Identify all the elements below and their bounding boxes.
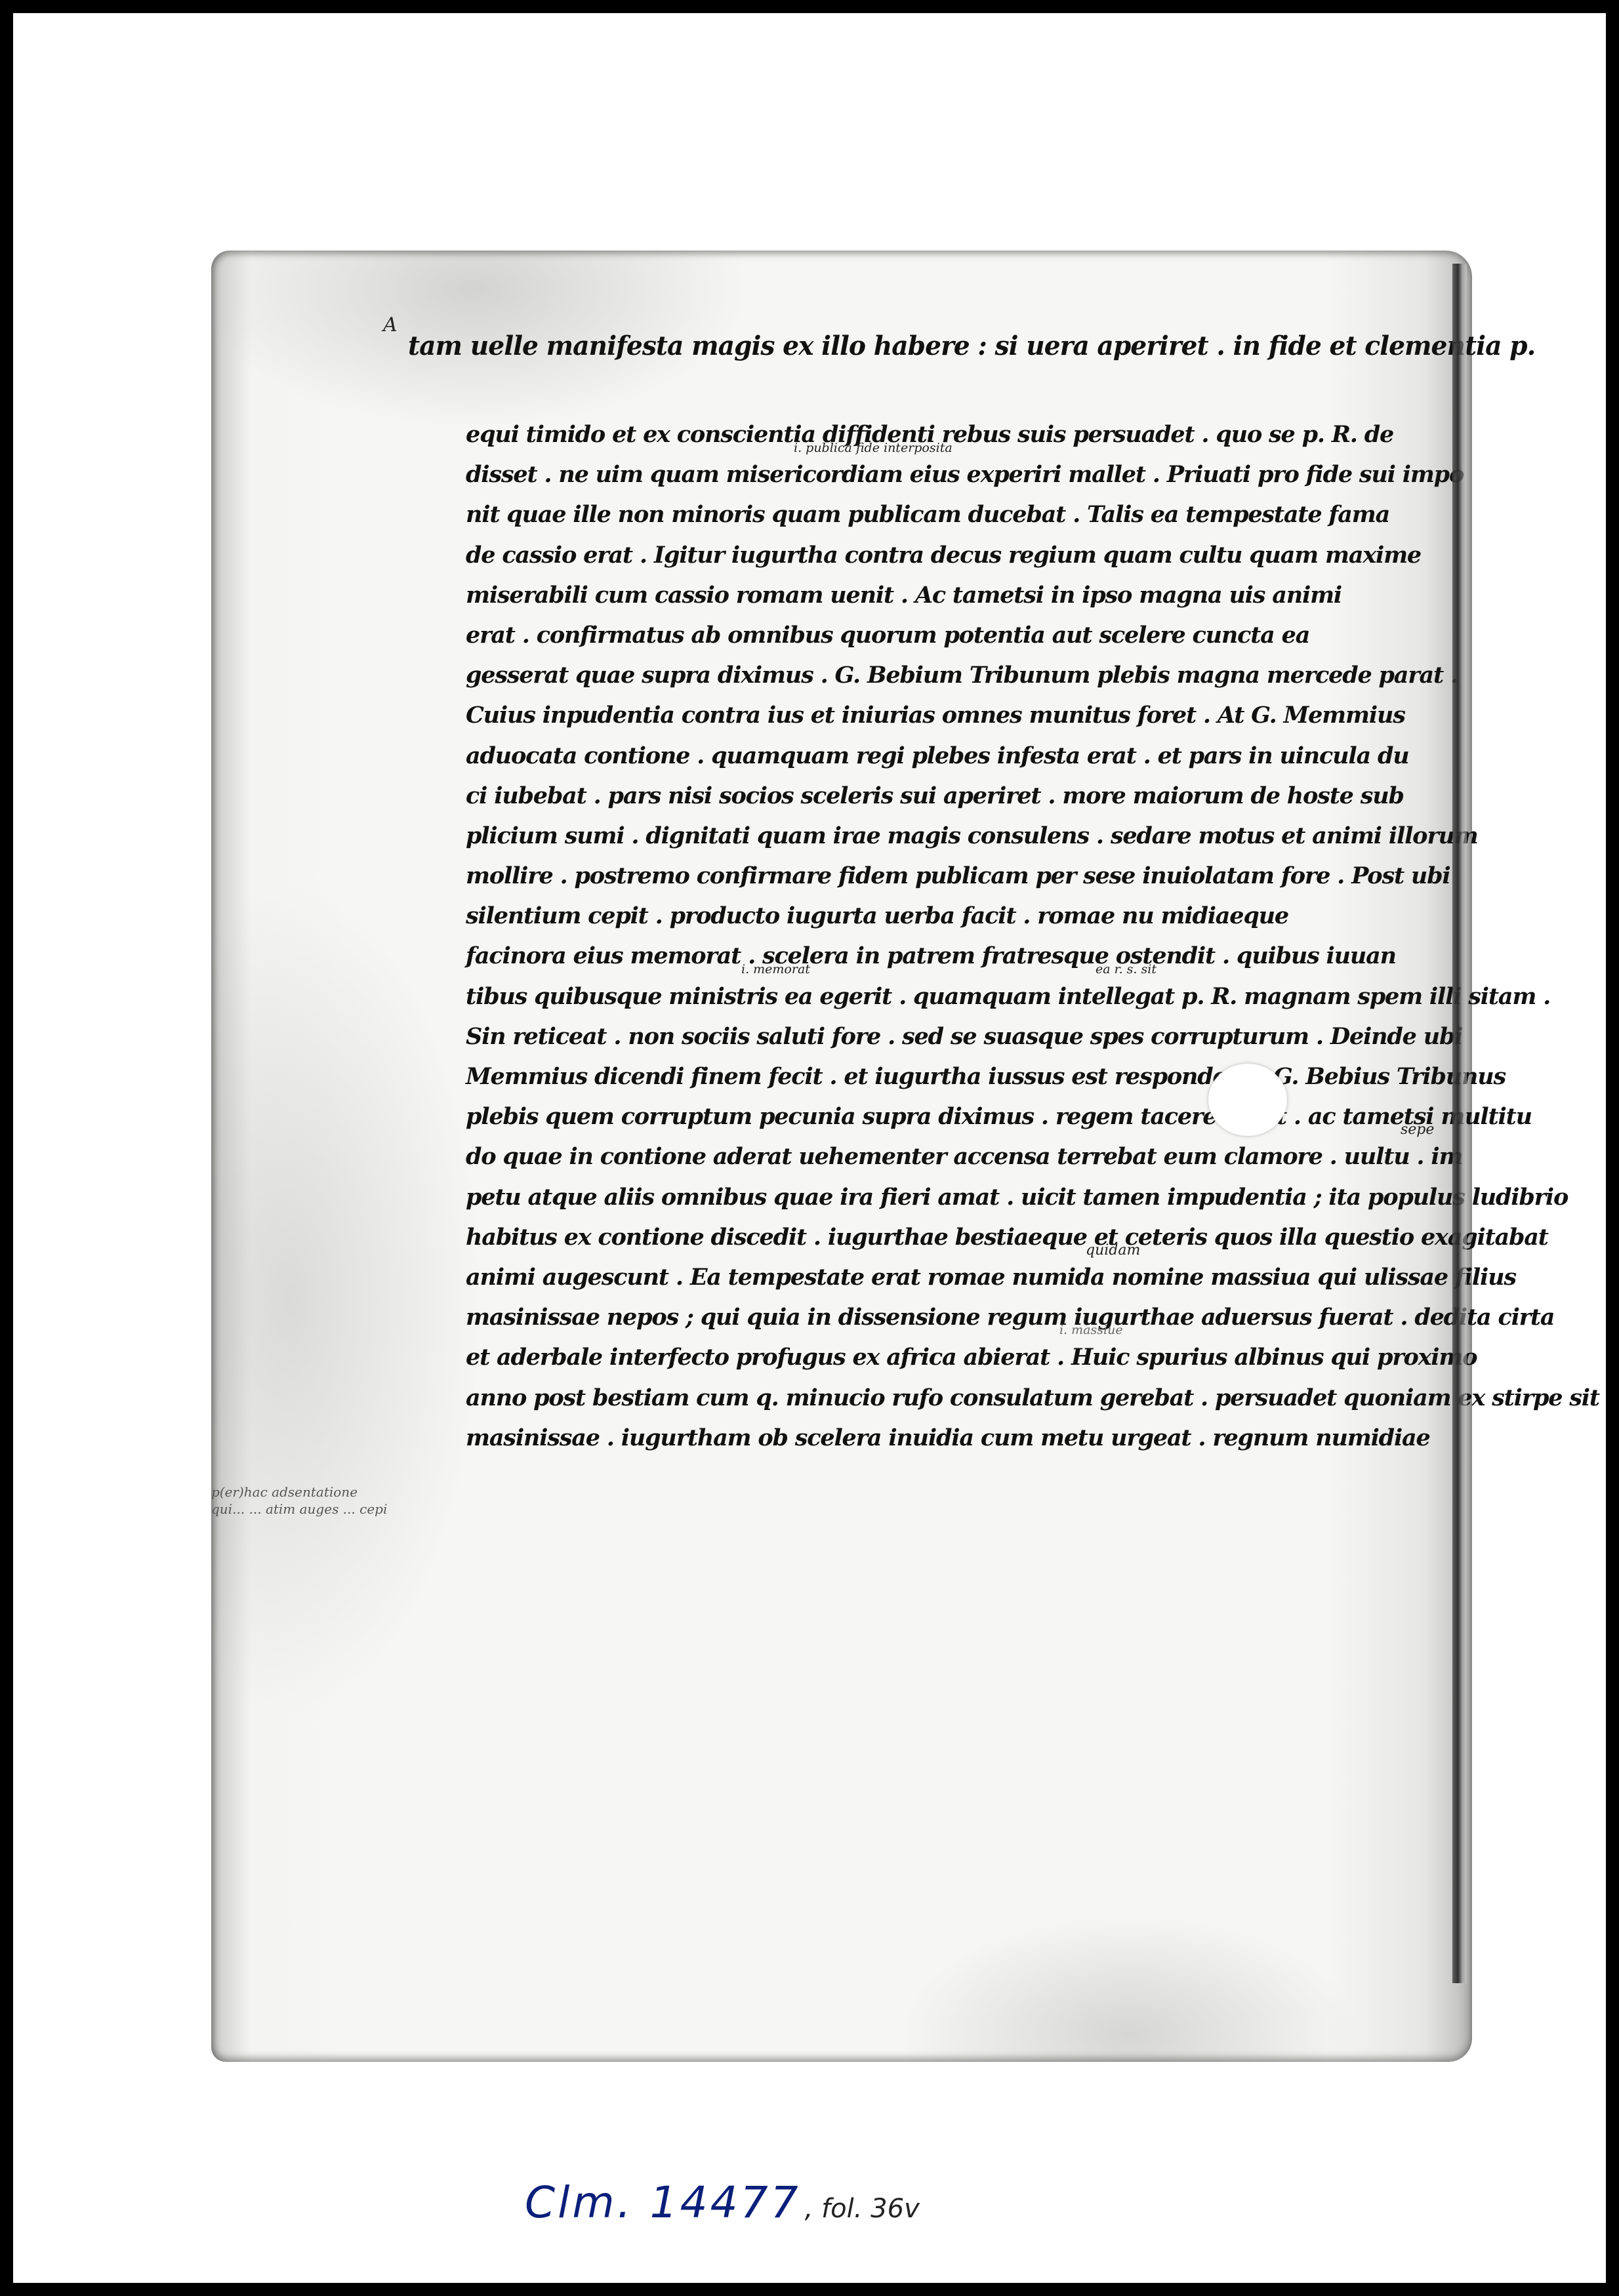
- parchment-hole: [1208, 1064, 1287, 1136]
- interlinear-gloss: i. massiue: [1059, 1323, 1123, 1337]
- text-line: et aderbale interfecto profugus ex afric…: [466, 1337, 1463, 1377]
- text-line: ci iubebat . pars nisi socios sceleris s…: [466, 776, 1463, 816]
- text-line: habitus ex contione discedit . iugurthae…: [466, 1217, 1463, 1257]
- manuscript-leaf: A tam uelle manifesta magis ex illo habe…: [211, 251, 1472, 2062]
- shelfmark-annotation: Clm. 14477, fol. 36v: [525, 2177, 920, 2228]
- text-line: aduocata contione . quamquam regi plebes…: [466, 736, 1463, 776]
- text-line: Cuius inpudentia contra ius et iniurias …: [466, 695, 1463, 735]
- text-line: plicium sumi . dignitati quam irae magis…: [466, 816, 1463, 856]
- shelfmark-label: Clm. 14477: [525, 2177, 801, 2228]
- text-line: mollire . postremo confirmare fidem publ…: [466, 856, 1463, 896]
- text-line: do quae in contione aderat uehementer ac…: [466, 1137, 1463, 1177]
- photocopy-sheet: A tam uelle manifesta magis ex illo habe…: [13, 13, 1606, 2283]
- text-line: equi timido et ex conscientia diffidenti…: [466, 414, 1463, 454]
- interlinear-gloss: ea r. s. sit: [1096, 962, 1157, 977]
- folio-number: , fol. 36v: [805, 2194, 920, 2224]
- manuscript-first-line: tam uelle manifesta magis ex illo habere…: [408, 331, 1535, 361]
- text-line: disset . ne uim quam misericordiam eius …: [466, 454, 1463, 494]
- interlinear-gloss: i. publica fide interposita: [794, 441, 953, 455]
- text-line: masinissae . iugurtham ob scelera inuidi…: [466, 1418, 1463, 1458]
- text-line: miserabili cum cassio romam uenit . Ac t…: [466, 575, 1463, 615]
- text-line: tibus quibusque ministris ea egerit . qu…: [466, 977, 1463, 1017]
- interlinear-gloss: sepe: [1401, 1121, 1434, 1138]
- text-line: petu atque aliis omnibus quae ira fieri …: [466, 1177, 1463, 1217]
- interlinear-gloss: i. memorat: [741, 962, 810, 977]
- text-line: masinissae nepos ; qui quia in dissensio…: [466, 1297, 1463, 1337]
- text-line: plebis quem corruptum pecunia supra dixi…: [466, 1097, 1463, 1137]
- text-line: de cassio erat . Igitur iugurtha contra …: [466, 535, 1463, 575]
- manuscript-text-block: equi timido et ex conscientia diffidenti…: [466, 414, 1463, 1458]
- text-line: anno post bestiam cum q. minucio rufo co…: [466, 1378, 1463, 1418]
- margin-note: p(er)hac adsentatione qui... ... atim au…: [211, 1483, 395, 1518]
- text-line: Sin reticeat . non sociis saluti fore . …: [466, 1017, 1463, 1057]
- text-line: gesserat quae supra diximus . G. Bebium …: [466, 655, 1463, 695]
- section-mark: A: [383, 313, 398, 336]
- text-line: nit quae ille non minoris quam publicam …: [466, 494, 1463, 534]
- text-line: Memmius dicendi finem fecit . et iugurth…: [466, 1057, 1463, 1097]
- interlinear-gloss: quidam: [1086, 1242, 1140, 1259]
- text-line: animi augescunt . Ea tempestate erat rom…: [466, 1257, 1463, 1297]
- text-line: facinora eius memorat . scelera in patre…: [466, 936, 1463, 976]
- text-line: erat . confirmatus ab omnibus quorum pot…: [466, 615, 1463, 655]
- text-line: silentium cepit . producto iugurta uerba…: [466, 896, 1463, 936]
